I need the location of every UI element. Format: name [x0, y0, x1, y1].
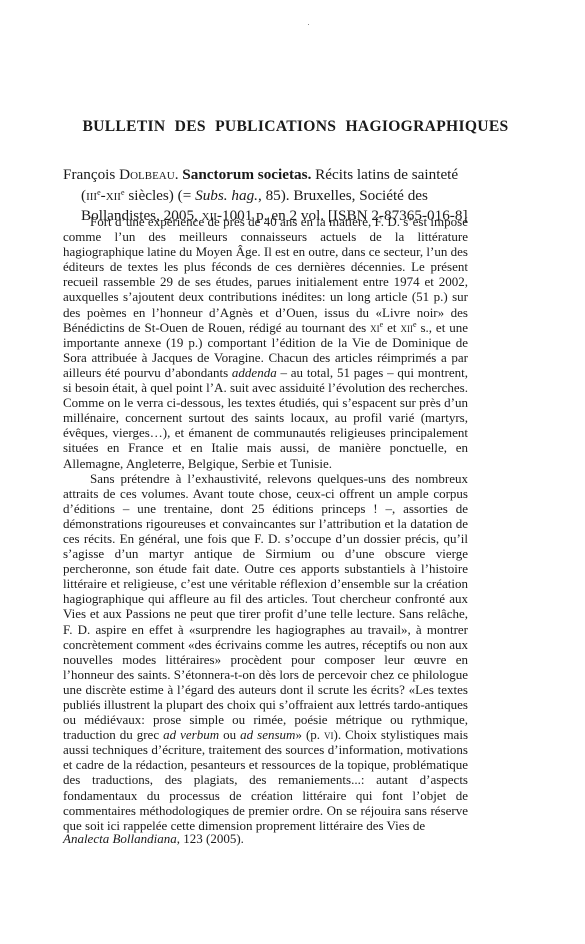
- book-title: Sanctorum societas.: [182, 166, 311, 183]
- volume-year: , 123 (2005).: [177, 831, 244, 846]
- text-run: » (p.: [295, 727, 324, 742]
- page-title: BULLETIN DES PUBLICATIONS HAGIOGRAPHIQUE…: [0, 118, 585, 136]
- text-run: Sans prétendre à l’exhaustivité, relevon…: [63, 471, 468, 743]
- paragraph-1: Fort d’une expérience de près de 40 ans …: [63, 214, 468, 471]
- text-run: – au total, 51 pages – qui montrent, si …: [63, 365, 468, 471]
- italic-term: ad sensum: [240, 727, 295, 742]
- author-first-name: François: [63, 166, 119, 183]
- journal-citation: Analecta Bollandiana, 123 (2005).: [63, 831, 244, 847]
- text-run: ). Choix stylistiques mais aussi techniq…: [63, 727, 468, 833]
- review-body: Fort d’une expérience de près de 40 ans …: [63, 214, 468, 833]
- text-run: et: [383, 320, 400, 335]
- century-to: xii: [106, 187, 121, 204]
- author-last-name: Dolbeau: [119, 166, 175, 183]
- series-name: Subs. hag.: [195, 187, 258, 204]
- italic-term: addenda: [232, 365, 277, 380]
- roman-numeral: xi: [370, 320, 380, 335]
- subtitle-text: siècles) (=: [125, 187, 196, 204]
- text-run: ou: [219, 727, 240, 742]
- journal-name: Analecta Bollandiana: [63, 831, 177, 846]
- paragraph-2: Sans prétendre à l’exhaustivité, relevon…: [63, 471, 468, 833]
- roman-numeral: xii: [400, 320, 413, 335]
- roman-numeral: vi: [324, 727, 334, 742]
- text-run: Fort d’une expérience de près de 40 ans …: [63, 214, 468, 335]
- scan-speck: [308, 24, 309, 25]
- century-from: iii: [86, 187, 97, 204]
- italic-term: ad verbum: [163, 727, 219, 742]
